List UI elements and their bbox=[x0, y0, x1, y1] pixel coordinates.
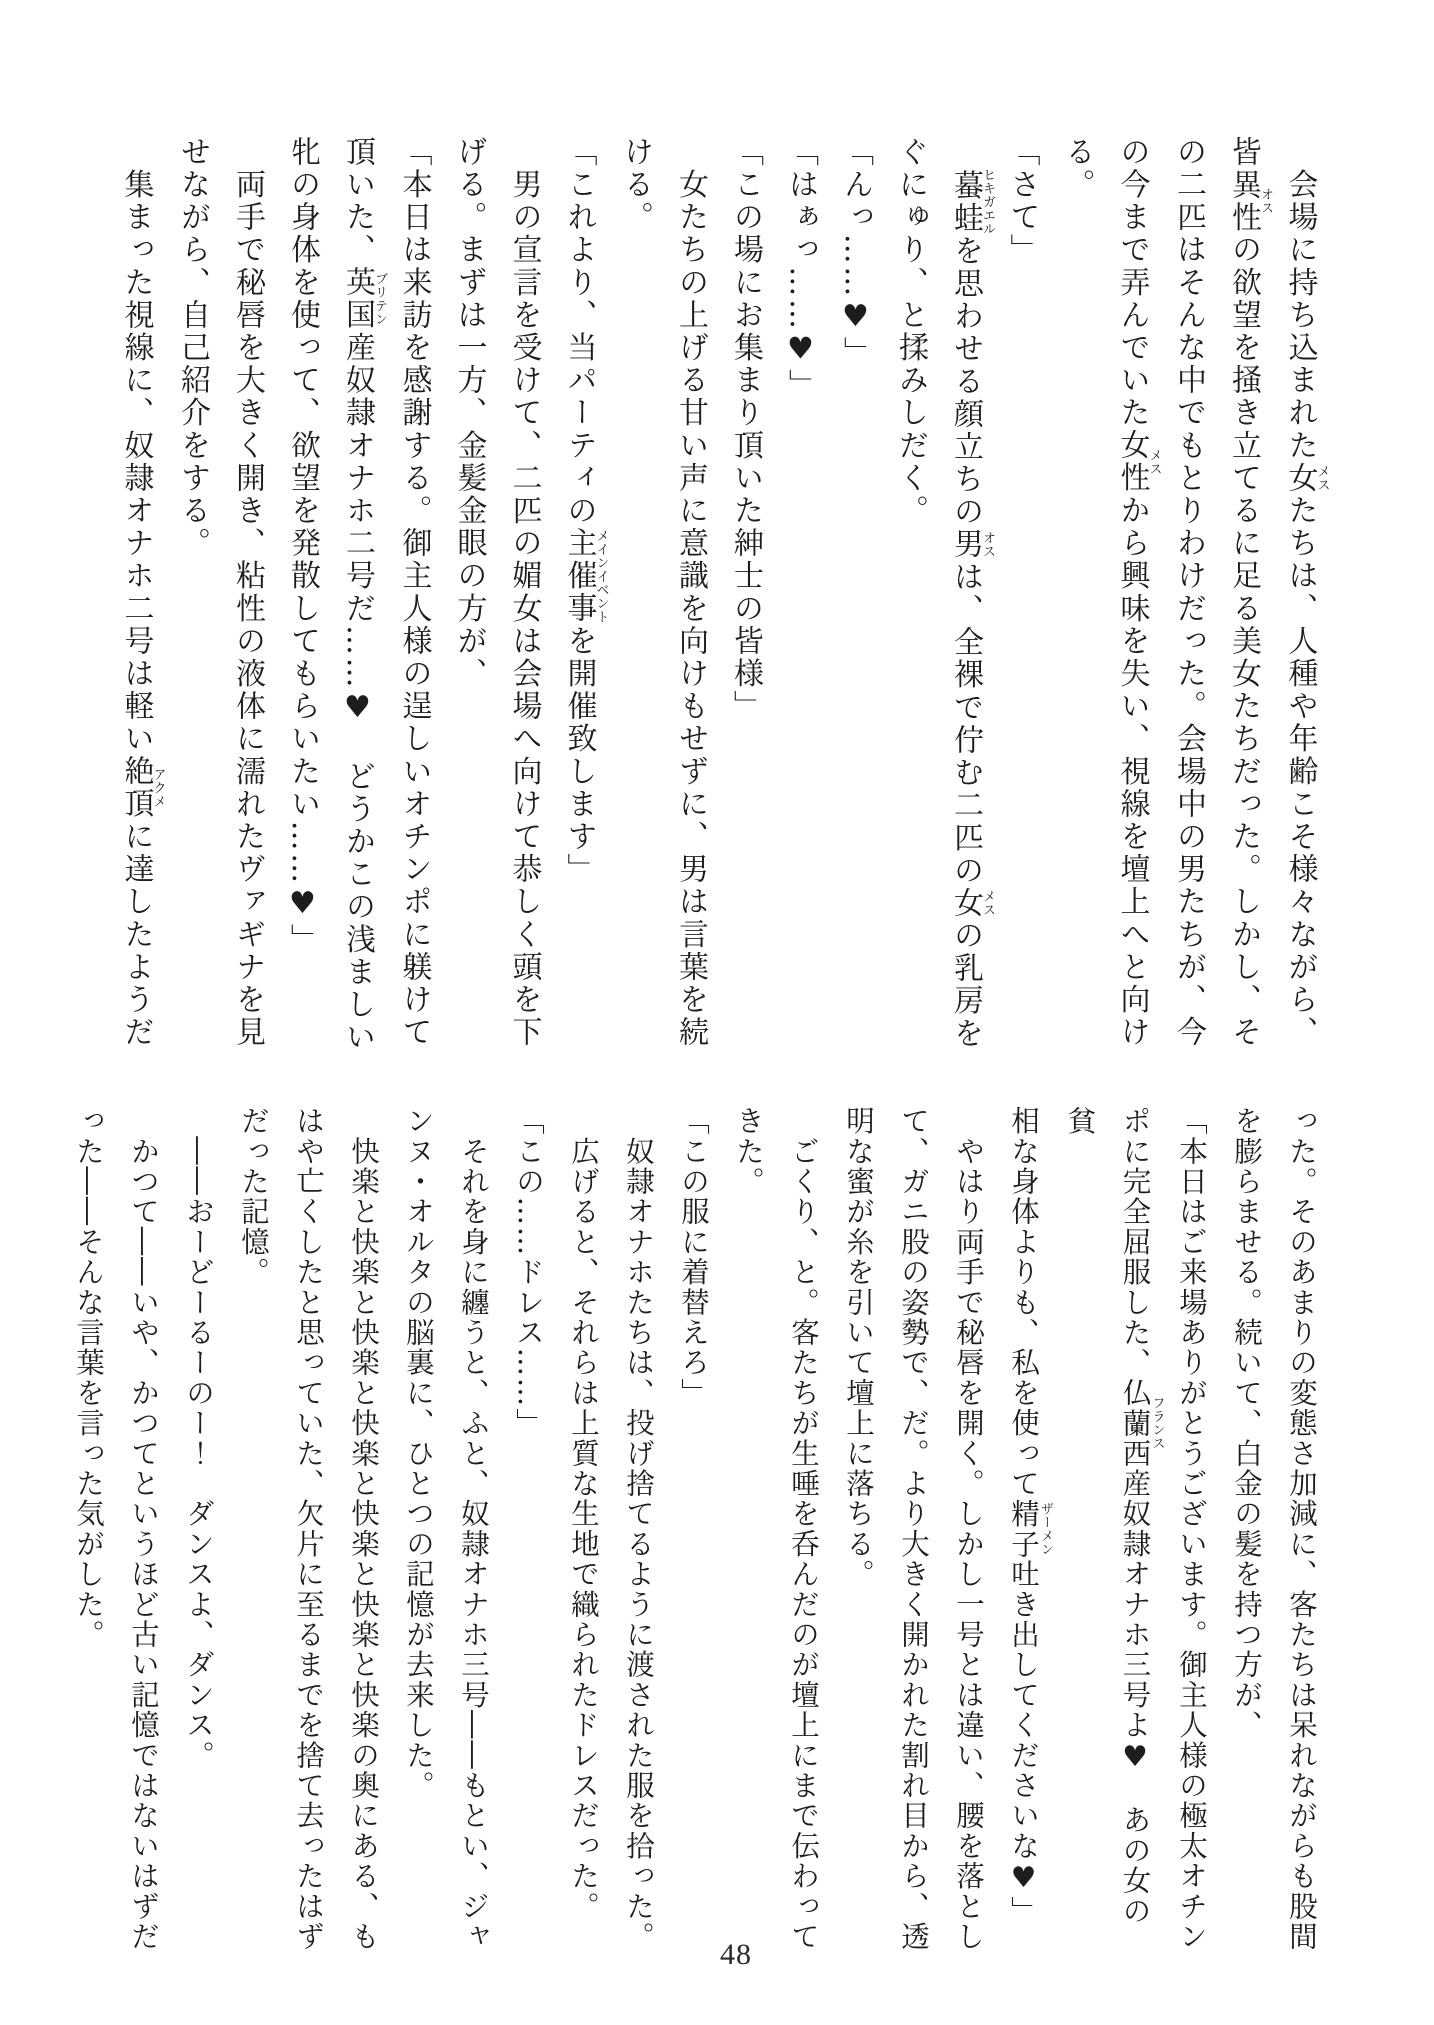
text-line: った。そのあまりの変態さ加減に、客たちは呆れながらも股間 bbox=[1274, 1106, 1329, 1956]
text-line: る。 bbox=[1050, 136, 1105, 1061]
text-line: せながら、自己紹介をする。 bbox=[165, 136, 220, 1061]
vertical-text-block-bottom: った。そのあまりの変態さ加減に、客たちは呆れながらも股間を膨らませる。続いて、白… bbox=[117, 1106, 1329, 1956]
text-line: 両手で秘唇を大きく開き、粘性の液体に濡れたヴァギナを見 bbox=[220, 136, 275, 1061]
text-line: 「はぁっ……♥」 bbox=[773, 136, 828, 1061]
text-line: 「本日はご来場ありがとうございます。御主人様の極太オチン bbox=[1164, 1106, 1219, 1956]
text-line: ける。 bbox=[608, 136, 663, 1061]
furigana-annotated-word: 絶頂アクメ bbox=[119, 755, 154, 820]
furigana-annotated-word: 主催事メインイベント bbox=[562, 527, 597, 625]
text-line: の二匹はそんな中でもとりわけだった。会場中の男たちが、今 bbox=[1161, 136, 1216, 1061]
text-line: 「んっ……♥」 bbox=[828, 136, 883, 1061]
text-line: 相な身体よりも、私を使って精子ザーメン吐き出してくださいな♥」 bbox=[996, 1106, 1053, 1956]
text-line: ――おーどーるーのー！ ダンスよ、ダンス。 bbox=[171, 1106, 226, 1956]
text-line: 「さて」 bbox=[995, 136, 1050, 1061]
furigana-annotated-word: 英国ブリテン bbox=[340, 266, 375, 331]
text-line: 集まった視線に、奴隷オナホ二号は軽い絶頂アクメに達したようだ bbox=[109, 136, 166, 1061]
text-line: かつて――いや、かつてというほど古い記憶ではないはずだ bbox=[116, 1106, 171, 1956]
vertical-text-block-top: 会場に持ち込まれた女メスたちは、人種や年齢こそ様々ながら、皆異性オスの欲望を掻き… bbox=[117, 136, 1329, 1061]
text-line: きた。 bbox=[721, 1106, 776, 1956]
text-line: 「この場にお集まり頂いた紳士の皆様」 bbox=[718, 136, 773, 1061]
text-line: 快楽と快楽と快楽と快楽と快楽と快楽と快楽の奥にある、も bbox=[336, 1106, 391, 1956]
page-number: 48 bbox=[706, 1938, 766, 1972]
text-line: 男の宣言を受けて、二匹の媚女は会場へ向けて恭しく頭を下 bbox=[497, 136, 552, 1061]
text-line: て、ガニ股の姿勢で、だ。より大きく開かれた割れ目から、透 bbox=[886, 1106, 941, 1956]
text-line: 「これより、当パーティの主催事メインイベントを開催致します」 bbox=[552, 136, 609, 1061]
furigana-annotated-word: 蟇蛙ヒキガエル bbox=[948, 169, 983, 235]
text-line: 頂いた、英国ブリテン産奴隷オナホ二号だ……♥ どうかこの浅ましい bbox=[330, 136, 387, 1061]
text-line: ごくり、と。客たちが生唾を呑んだのが壇上にまで伝わって bbox=[776, 1106, 831, 1956]
text-line: 蟇蛙ヒキガエルを思わせる顔立ちの男オスは、全裸で佇む二匹の女メスの乳房を bbox=[938, 136, 995, 1061]
furigana-annotated-word: 女メス bbox=[1283, 462, 1318, 495]
text-line: 広げると、それらは上質な生地で織られたドレスだった。 bbox=[556, 1106, 611, 1956]
text-line: げる。まずは一方、金髪金眼の方が、 bbox=[442, 136, 497, 1061]
text-line: の今まで弄んでいた女性メスから興味を失い、視線を壇上へと向け bbox=[1105, 136, 1162, 1061]
text-line: 奴隷オナホたちは、投げ捨てるように渡された服を拾った。 bbox=[611, 1106, 666, 1956]
text-line: 牝の身体を使って、欲望を発散してもらいたい……♥」 bbox=[275, 136, 330, 1061]
novel-page: 会場に持ち込まれた女メスたちは、人種や年齢こそ様々ながら、皆異性オスの欲望を掻き… bbox=[0, 0, 1434, 2025]
text-line: だった記憶。 bbox=[226, 1106, 281, 1956]
furigana-annotated-word: 男オス bbox=[948, 528, 983, 561]
text-line: 「この……ドレス……」 bbox=[501, 1106, 556, 1956]
text-line: ンヌ・オルタの脳裏に、ひとつの記憶が去来した。 bbox=[391, 1106, 446, 1956]
text-line: 「この服に着替えろ」 bbox=[666, 1106, 721, 1956]
text-line: 明な蜜が糸を引いて壇上に落ちる。 bbox=[831, 1106, 886, 1956]
furigana-annotated-word: 仏蘭西フランス bbox=[1119, 1378, 1152, 1469]
text-line: それを身に纏うと、ふと、奴隷オナホ三号――もとい、ジャ bbox=[446, 1106, 501, 1956]
furigana-annotated-word: 女メス bbox=[948, 887, 983, 920]
text-line: はや亡くしたと思っていた、欠片に至るまでを捨て去ったはず bbox=[281, 1106, 336, 1956]
text-line: った――そんな言葉を言った気がした。 bbox=[61, 1106, 116, 1956]
text-line: ぐにゅり、と揉みしだく。 bbox=[883, 136, 938, 1061]
text-line: 「本日は来訪を感謝する。御主人様の逞しいオチンポに躾けて bbox=[387, 136, 442, 1061]
text-line: 皆異性オスの欲望を掻き立てるに足る美女たちだった。しかし、そ bbox=[1216, 136, 1273, 1061]
text-line: 会場に持ち込まれた女メスたちは、人種や年齢こそ様々ながら、 bbox=[1273, 136, 1330, 1061]
text-line: を膨らませる。続いて、白金の髪を持つ方が、 bbox=[1219, 1106, 1274, 1956]
furigana-annotated-word: 異性オス bbox=[1226, 169, 1261, 234]
furigana-annotated-word: 精子ザーメン bbox=[1007, 1499, 1040, 1559]
furigana-annotated-word: 女性メス bbox=[1115, 429, 1150, 494]
text-line: やはり両手で秘唇を開く。しかし一号とは違い、腰を落とし bbox=[941, 1106, 996, 1956]
text-line: ポに完全屈服した、仏蘭西フランス産奴隷オナホ三号よ♥ あの女の貧 bbox=[1053, 1106, 1165, 1956]
text-line: 女たちの上げる甘い声に意識を向けもせずに、男は言葉を続 bbox=[663, 136, 718, 1061]
